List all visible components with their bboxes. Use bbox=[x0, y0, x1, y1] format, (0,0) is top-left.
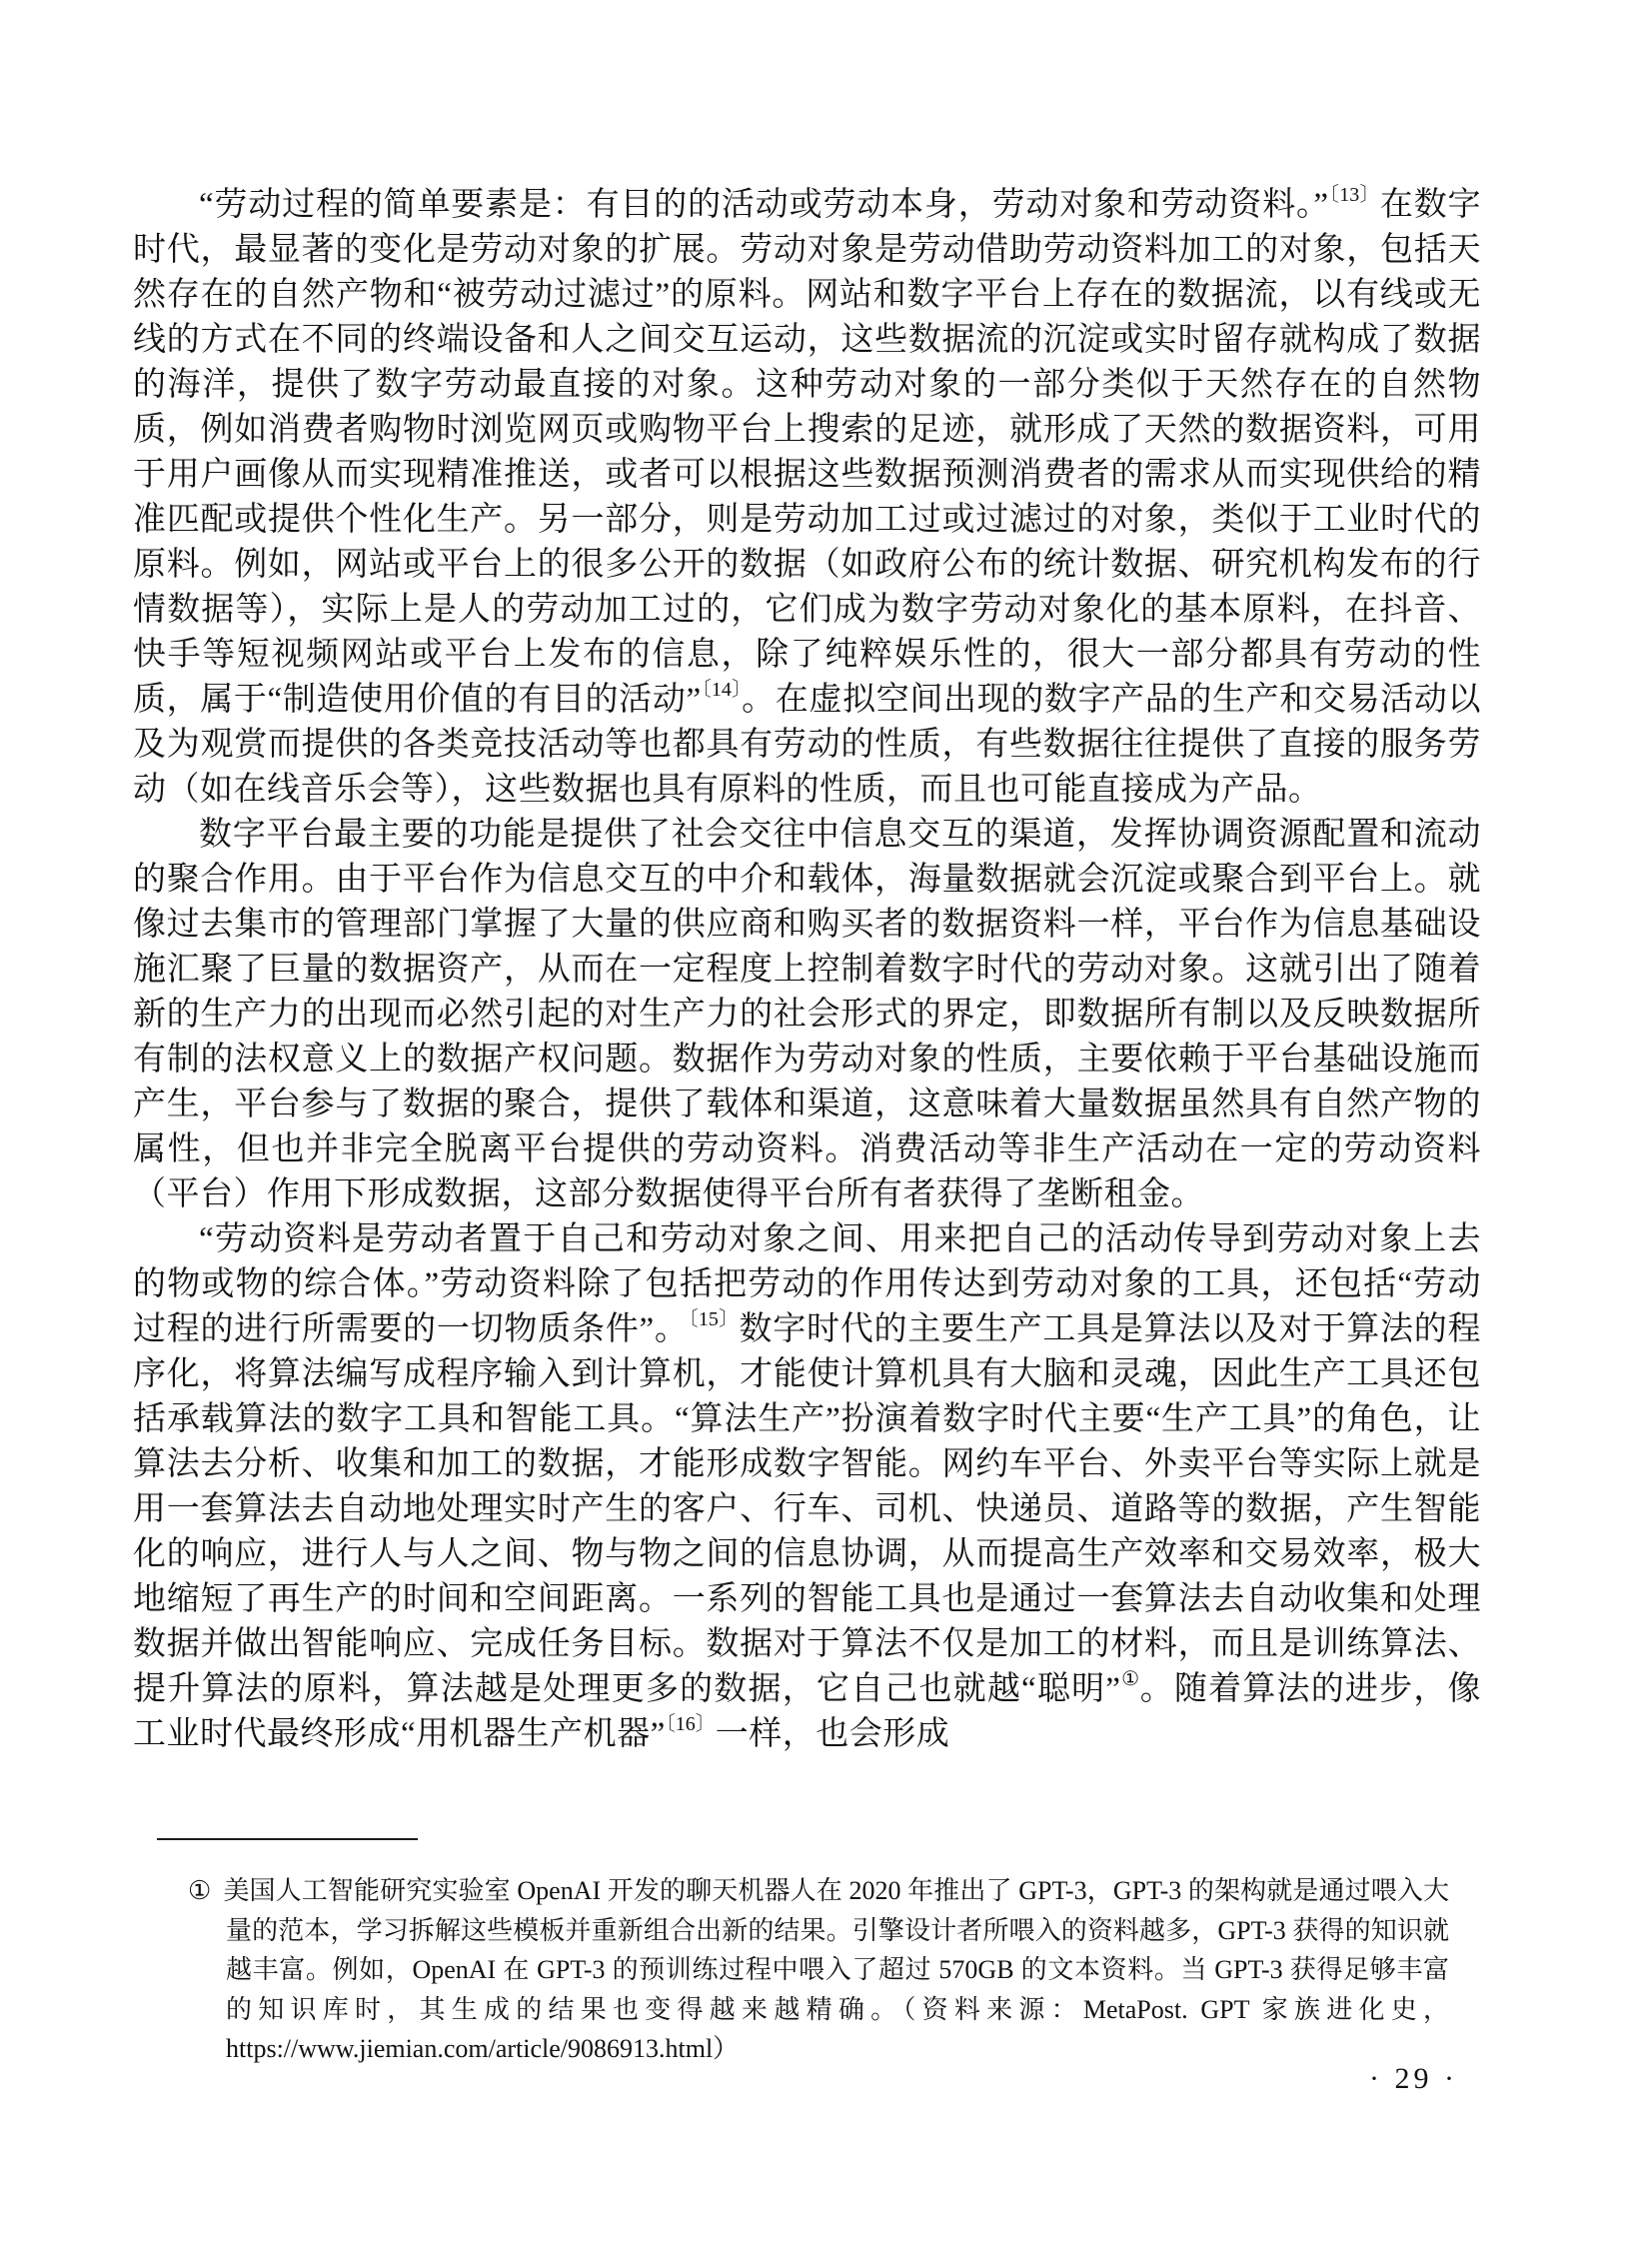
footnote: ①美国人工智能研究实验室 OpenAI 开发的聊天机器人在 2020 年推出了 … bbox=[188, 1871, 1449, 2069]
citation-superscript: 〔15〕 bbox=[689, 1308, 740, 1330]
body-paragraph: “劳动过程的简单要素是：有目的的活动或劳动本身，劳动对象和劳动资料。”〔13〕在… bbox=[133, 183, 1481, 813]
paragraph-text: 一样，也会形成 bbox=[716, 1716, 950, 1752]
paragraph-text: “劳动过程的简单要素是：有目的的活动或劳动本身，劳动对象和劳动资料。” bbox=[199, 187, 1329, 223]
document-page: “劳动过程的简单要素是：有目的的活动或劳动本身，劳动对象和劳动资料。”〔13〕在… bbox=[0, 0, 1652, 2243]
citation-superscript: 〔13〕 bbox=[1329, 184, 1380, 206]
paragraph-text: 在数字时代，最显著的变化是劳动对象的扩展。劳动对象是劳动借助劳动资料加工的对象，… bbox=[133, 187, 1481, 718]
page-number: · 29 · bbox=[1369, 2062, 1458, 2096]
article-body: “劳动过程的简单要素是：有目的的活动或劳动本身，劳动对象和劳动资料。”〔13〕在… bbox=[133, 183, 1481, 1757]
body-paragraph: 数字平台最主要的功能是提供了社会交往中信息交互的渠道，发挥协调资源配置和流动的聚… bbox=[133, 813, 1481, 1217]
footnote-text: ①美国人工智能研究实验室 OpenAI 开发的聊天机器人在 2020 年推出了 … bbox=[188, 1871, 1449, 2069]
footnote-separator bbox=[157, 1838, 418, 1840]
paragraph-text: 数字时代的主要生产工具是算法以及对于算法的程序化，将算法编写成程序输入到计算机，… bbox=[133, 1311, 1481, 1707]
citation-superscript: ① bbox=[1120, 1668, 1139, 1690]
citation-superscript: 〔16〕 bbox=[666, 1713, 716, 1735]
footnote-body-text: 美国人工智能研究实验室 OpenAI 开发的聊天机器人在 2020 年推出了 G… bbox=[223, 1876, 1449, 2063]
paragraph-text: 数字平台最主要的功能是提供了社会交往中信息交互的渠道，发挥协调资源配置和流动的聚… bbox=[133, 817, 1481, 1212]
body-paragraph: “劳动资料是劳动者置于自己和劳动对象之间、用来把自己的活动传导到劳动对象上去的物… bbox=[133, 1217, 1481, 1757]
footnote-marker: ① bbox=[188, 1876, 211, 1905]
citation-superscript: 〔14〕 bbox=[702, 679, 743, 701]
